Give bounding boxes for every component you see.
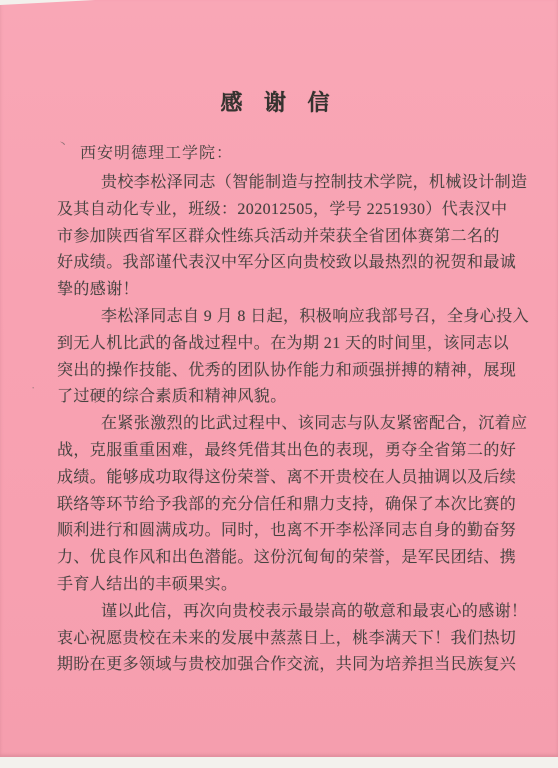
text-line: 衷心祝愿贵校在未来的发展中蒸蒸日上，桃李满天下！我们热切 [57,626,517,653]
paragraph-1: 贵校李松泽同志（智能制造与控制技术学院，机械设计制造 及其自动化专业，班级：20… [57,170,517,304]
text-line: 李松泽同志自 9 月 8 日起，积极响应我部号召，全身心投入 [57,304,517,331]
letter-title: 感 谢 信 [0,86,558,117]
text-line: 到无人机比武的备战过程中。在为期 21 天的时间里，该同志以 [57,331,517,358]
text-line: 及其自动化专业，班级：202012505，学号 2251930）代表汉中 [57,197,517,224]
text-line: 期盼在更多领域与贵校加强合作交流，共同为培养担当民族复兴 [57,652,517,679]
text-line: 顺利进行和圆满成功。同时，也离不开李松泽同志自身的勤奋努 [57,518,517,545]
text-line: 了过硬的综合素质和精神风貌。 [57,384,517,411]
text-line: 力、优良作风和出色潜能。这份沉甸甸的荣誉，是军民团结、携 [57,545,517,572]
pen-tick-mark: 丶 [55,135,69,153]
scan-corner-edge [0,0,95,5]
margin-speck-mark: · [31,380,35,396]
letter-body: 贵校李松泽同志（智能制造与控制技术学院，机械设计制造 及其自动化专业，班级：20… [57,170,517,679]
text-line: 挚的感谢！ [57,277,517,304]
text-line: 贵校李松泽同志（智能制造与控制技术学院，机械设计制造 [57,170,517,197]
text-line: 市参加陕西省军区群众性练兵活动并荣获全省团体赛第二名的 [57,224,517,251]
text-line: 手育人结出的丰硕果实。 [57,572,517,599]
text-line: 成绩。能够成功取得这份荣誉、离不开贵校在人员抽调以及后续 [57,465,517,492]
salutation-line: 西安明德理工学院： [80,140,233,163]
text-line: 战，克服重重困难，最终凭借其出色的表现，勇夺全省第二的好 [57,438,517,465]
text-line: 谨以此信，再次向贵校表示最崇高的敬意和最衷心的感谢！ [57,599,517,626]
scanned-letter-page: 感 谢 信 丶 西安明德理工学院： · 贵校李松泽同志（智能制造与控制技术学院，… [0,0,558,768]
paragraph-3: 在紧张激烈的比武过程中、该同志与队友紧密配合，沉着应 战，克服重重困难，最终凭借… [57,411,517,599]
paragraph-4: 谨以此信，再次向贵校表示最崇高的敬意和最衷心的感谢！ 衷心祝愿贵校在未来的发展中… [57,599,517,679]
paragraph-2: 李松泽同志自 9 月 8 日起，积极响应我部号召，全身心投入 到无人机比武的备战… [57,304,517,411]
pink-paper: 感 谢 信 丶 西安明德理工学院： · 贵校李松泽同志（智能制造与控制技术学院，… [0,0,558,757]
text-line: 好成绩。我部谨代表汉中军分区向贵校致以最热烈的祝贺和最诚 [57,250,517,277]
text-line: 联络等环节给予我部的充分信任和鼎力支持，确保了本次比赛的 [57,492,517,519]
text-line: 在紧张激烈的比武过程中、该同志与队友紧密配合，沉着应 [57,411,517,438]
text-line: 突出的操作技能、优秀的团队协作能力和顽强拼搏的精神，展现 [57,358,517,385]
